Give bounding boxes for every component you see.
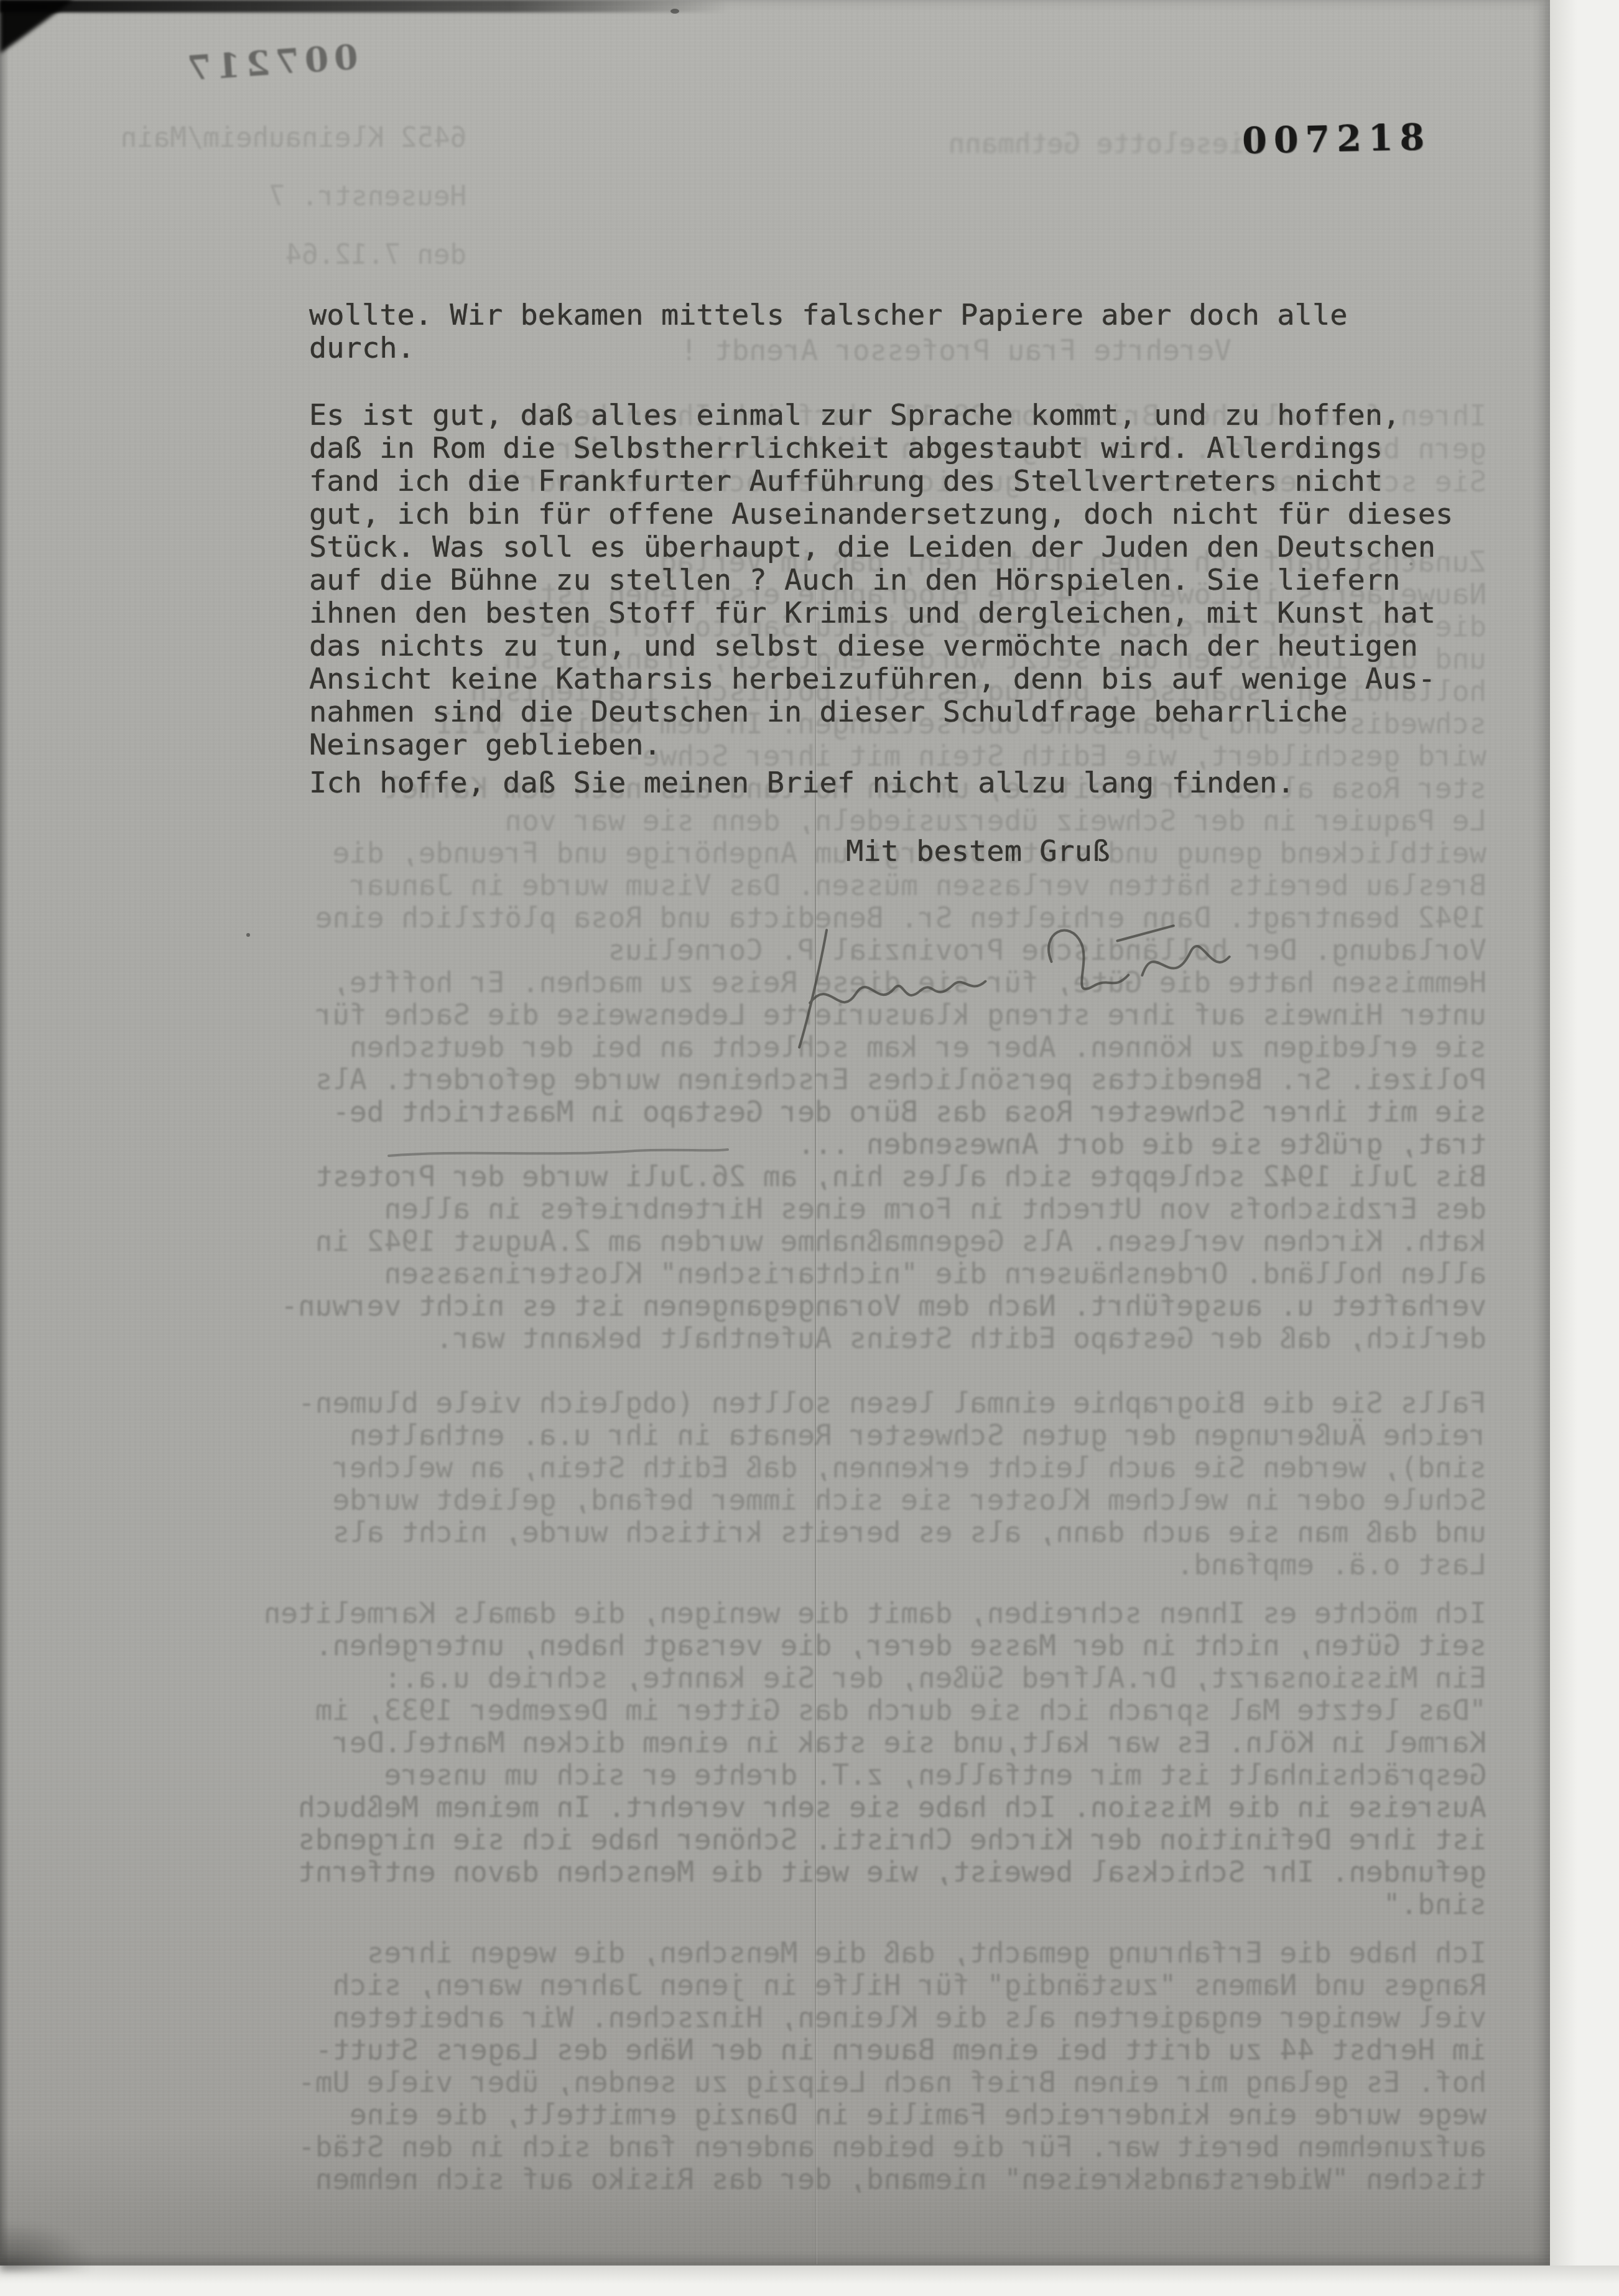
bleedthrough-line: weitblickend genug und stets besorgt um … — [44, 836, 1487, 870]
archive-stamp-number: 007218 — [1241, 116, 1431, 162]
bleedthrough-line: gern beantworten. Ihre Fragen nach Edith… — [44, 432, 1487, 465]
typed-line: wollte. Wir bekamen mittels falscher Pap… — [309, 299, 1348, 332]
bleedthrough-line: tischen "Widerstandskreisen" niemand, de… — [44, 2162, 1487, 2196]
scan-smudge-bottom-left — [0, 2221, 93, 2271]
bleedthrough-line: wege wurde eine kinderreiche Familie in … — [44, 2098, 1487, 2131]
bleedthrough-line: ster Rosa alles vorbereitete, um von Hol… — [44, 771, 1487, 805]
bleedthrough-line: allen holländ. Ordenshäusern die "nichta… — [44, 1257, 1487, 1290]
bleedthrough-line: Ausreise in die Mission. Ich habe sie se… — [44, 1790, 1487, 1824]
bleedthrough-line: Le Paquier in der Schweiz überzusiedeln,… — [44, 804, 1487, 837]
bleedthrough-line: kath. Kirchen verlesen. Als Gegenmaßnahm… — [44, 1224, 1487, 1258]
bleedthrough-line: Falls Sie die Biographie einmal lesen so… — [44, 1386, 1487, 1420]
bleedthrough-line: sind), werden Sie auch leicht erkennen, … — [44, 1451, 1487, 1484]
bleedthrough-line: sie erledigen zu können. Aber er kam sch… — [44, 1030, 1487, 1064]
bleedthrough-line: Last o.ä. empfand. — [44, 1548, 1487, 1581]
bleedthrough-line: sie mit ihrer Schwester Rosa das Büro de… — [44, 1095, 1487, 1128]
bleedthrough-line: aufzunehmen bereit war. Für die beiden a… — [44, 2130, 1487, 2164]
bleedthrough-name-fragment: Lieselotte Gethmann — [988, 128, 1261, 160]
bleedthrough-line: Polizei. Sr. Benedictas persönliches Ers… — [44, 1062, 1487, 1096]
typed-line: gut, ich bin für offene Auseinandersetzu… — [309, 498, 1453, 531]
ink-speck — [670, 9, 679, 14]
scanned-letter-page: 007218 007217 wollte. Wir bekamen mittel… — [0, 0, 1619, 2296]
bleedthrough-line: sind." — [44, 1887, 1487, 1921]
bleedthrough-line: Zunächst darf ich Ihnen mitteilen, daß i… — [44, 545, 1487, 579]
scanner-bed-right-strip — [1550, 0, 1619, 2296]
bleedthrough-line: verhaftet u. ausgeführt. Nach dem Vorang… — [44, 1289, 1487, 1322]
bleedthrough-line: Ihren freundlichen Brief vom 28.11. darf… — [44, 399, 1487, 432]
bleedthrough-line: seit Güten, nicht in der Masse derer, di… — [44, 1629, 1487, 1662]
bleedthrough-line: und die inzwischen übersetzt wurde: engl… — [44, 642, 1487, 676]
bleedthrough-line: Karmel in Köln. Es war kalt,und sie stak… — [44, 1726, 1487, 1759]
ink-speck — [1409, 562, 1413, 565]
handwritten-underline-stroke — [386, 1138, 734, 1163]
bleedthrough-line: reiche Äußerungen der guten Schwester Re… — [44, 1418, 1487, 1452]
bleedthrough-line: Ich habe die Erfahrung gemacht, daß die … — [44, 1936, 1487, 1969]
bleedthrough-line: Bis Juli 1942 schleppte sich alles hin, … — [44, 1160, 1487, 1193]
bleedthrough-line: schwedische und japanische Übersetzungen… — [44, 707, 1487, 740]
bleedthrough-line: Ranges und Namens "zuständig" für Hilfe … — [44, 1968, 1487, 2002]
bleedthrough-line: ist ihre Definition der Kirche Christi. … — [44, 1823, 1487, 1856]
bleedthrough-line: hof. Es gelang mir einen Brief nach Leip… — [44, 2065, 1487, 2099]
bleedthrough-line: Schule oder in welchem Kloster sie sich … — [44, 1483, 1487, 1517]
bleedthrough-line: holländisch, spanisch, portugiesisch, po… — [44, 674, 1487, 708]
bleedthrough-line: Nauwelaerts in Löwen 1954 die Biographie… — [44, 577, 1487, 611]
bleedthrough-line: Hemmissen hatte die Güte, für sie diese … — [44, 965, 1487, 999]
scan-dark-top-edge — [0, 0, 728, 12]
bleedthrough-line: 1942 beantragt. Dann erhielten Sr. Bened… — [44, 901, 1487, 934]
bleedthrough-header-line: Heusenstr. 7 — [59, 180, 466, 212]
scan-dark-left-edge — [0, 0, 9, 2266]
bleedthrough-line: Ich möchte es Ihnen schreiben, damit die… — [44, 1596, 1487, 1630]
bleedthrough-line: Ein Missionsarzt, Dr.Alfred Süßen, der S… — [44, 1661, 1487, 1694]
ink-speck — [246, 933, 250, 937]
bleedthrough-line: des Erzbischofs von Utrecht in Form eine… — [44, 1192, 1487, 1225]
bleedthrough-line: viel weniger engagierten als die Kleinen… — [44, 2001, 1487, 2034]
bleedthrough-header-line: 6452 Kleinauheim/Main — [59, 122, 466, 154]
bleedthrough-line: trat, grüßte sie die dort Anwesenden ... — [44, 1127, 1487, 1161]
bleedthrough-header-line: den 7.12.64 — [59, 239, 466, 271]
bleedthrough-line: Verehrte Frau Professor Arendt ! — [44, 333, 1487, 367]
bleedthrough-line: und daß man sie auch dann, als es bereit… — [44, 1515, 1487, 1549]
bleedthrough-line: die Schwester Teresia Renata de Spiritu … — [44, 610, 1487, 643]
bleedthrough-line: "Das letzte Mal sprach ich sie durch das… — [44, 1693, 1487, 1727]
bleedthrough-line: Vorladung. Der holländische Provinzial P… — [44, 933, 1487, 967]
bleedthrough-line: im Herbst 44 zu dritt bei einem Bauern i… — [44, 2033, 1487, 2066]
bleedthrough-line: Sie schreiben, habe ich so gut ich es ve… — [44, 465, 1487, 498]
bleedthrough-line: gefunden. Ihr Schicksal beweist, wie wei… — [44, 1855, 1487, 1889]
bleedthrough-line: Gesprächsinhalt ist mir entfallen, z.T. … — [44, 1758, 1487, 1792]
bleedthrough-line: Breslau bereits hätten verlassen müssen.… — [44, 868, 1487, 902]
bleedthrough-line: unter Hinweis auf ihre streng klausurier… — [44, 998, 1487, 1031]
scanner-bed-bottom-strip — [0, 2266, 1619, 2296]
bleedthrough-line: derlich, daß der Gestapo Edith Steins Au… — [44, 1321, 1487, 1355]
bleedthrough-line: wird geschildert, wie Edith Stein mit ih… — [44, 739, 1487, 773]
